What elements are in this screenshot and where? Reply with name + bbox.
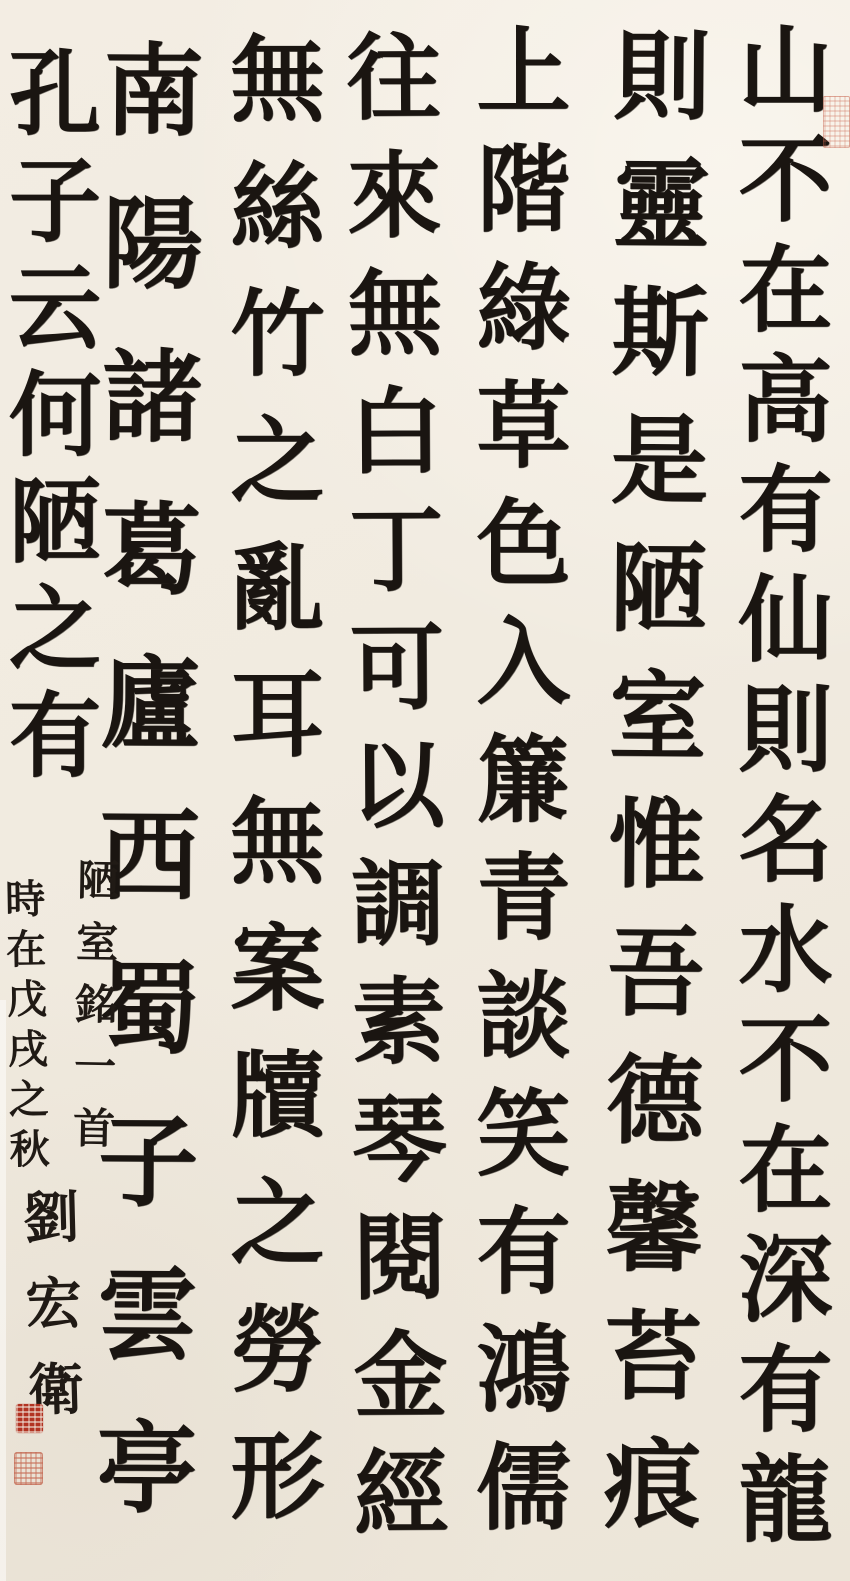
paper-edge-highlight	[0, 1000, 6, 1581]
text-column-1: 山不在高有仙則名水不在深有龍	[730, 20, 824, 1568]
calligraphy-scroll: 山不在高有仙則名水不在深有龍 則靈斯是陋室惟吾德馨苔痕 上階綠草色入簾青談笑有鴻…	[0, 0, 850, 1581]
seal-collector-top-right	[823, 96, 850, 148]
text-column-4: 往來無白丁可以調素琴閱金經	[338, 28, 440, 1568]
text-column-3: 上階綠草色入簾青談笑有鴻儒	[468, 22, 562, 1567]
colophon-title: 陋室銘一首	[69, 858, 116, 1174]
colophon-date: 時在戊戌之秋	[1, 878, 46, 1184]
text-column-2: 則靈斯是陋室惟吾德馨苔痕	[595, 25, 703, 1566]
seal-artist-upper	[16, 1404, 43, 1433]
text-column-6: 南陽諸葛廬西蜀子雲亭	[88, 38, 196, 1569]
seal-artist-lower	[14, 1452, 43, 1485]
text-column-7: 孔子云何陋之有	[2, 45, 94, 800]
text-column-5: 無絲竹之亂耳無案牘之勞形	[222, 30, 316, 1555]
